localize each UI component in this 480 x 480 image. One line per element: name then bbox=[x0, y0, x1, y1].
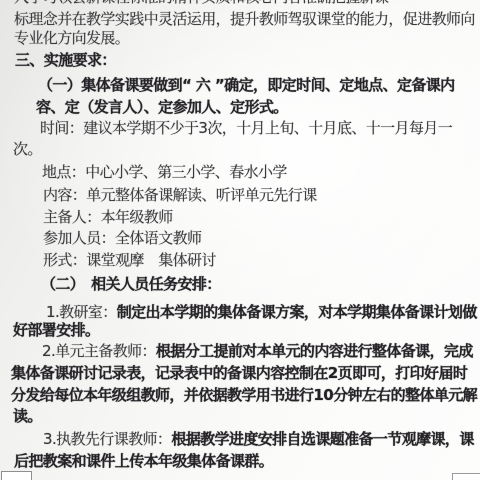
intro-line-1: 标理念并在教学实践中灵活运用，提升教师驾驭课堂的能力，促进教师向 bbox=[14, 9, 475, 29]
task-2-line-1: 2.单元主备教师：根据分工提前对本单元的内容进行整体备课，完成 bbox=[42, 341, 473, 361]
bold-text-segment: 读。 bbox=[13, 407, 42, 425]
task-3-line-2: 后把教案和课件上传本年级集体备课群。 bbox=[14, 451, 273, 471]
main-preparer-line: 主备人：本年级教师 bbox=[43, 207, 173, 227]
bottom-left-handle[interactable] bbox=[1, 471, 32, 480]
participants-line: 参加人员：全体语文教师 bbox=[43, 228, 201, 248]
task-2-line-2: 集体备课研讨记录表，记录表中的备课内容控制在2页即可，打印好届时 bbox=[11, 363, 467, 383]
intro-line-2: 专业化方向发展。 bbox=[14, 28, 129, 48]
bold-text-segment: 集体备课研讨记录表，记录表中的备课内容控制在2页即可，打印好届时 bbox=[11, 364, 467, 382]
task-1-line-1: 1.教研室：制定出本学期的集体备课方案，对本学期集体备课计划做 bbox=[46, 302, 477, 322]
text-segment: 1.教研室： bbox=[46, 303, 117, 321]
bold-text-segment: 根据教学进度安排自选课题准备一节观摩课，课 bbox=[171, 430, 473, 448]
bold-text-segment: （一）集体备课要做到“ 六 ”确定，即定时间、定地点、定备课内 bbox=[38, 76, 455, 94]
task-2-line-4: 读。 bbox=[13, 406, 42, 426]
text-segment: 2.单元主备教师： bbox=[42, 342, 156, 360]
text-segment: 次。 bbox=[13, 140, 42, 158]
text-segment: 标理念并在教学实践中灵活运用，提升教师驾驭课堂的能力，促进教师向 bbox=[14, 10, 475, 28]
bold-text-segment: 三、实施要求： bbox=[15, 51, 116, 69]
bold-text-segment: 好部署安排。 bbox=[13, 321, 99, 339]
text-segment: 入学习领会新课程标准的精神实质和核心内容准确把握新课 bbox=[14, 0, 388, 6]
place-line: 地点：中心小学、第三小学、春水小学 bbox=[42, 162, 287, 182]
time-line-2: 次。 bbox=[13, 139, 42, 159]
item-1-line-1: （一）集体备课要做到“ 六 ”确定，即定时间、定地点、定备课内 bbox=[38, 75, 455, 95]
bottom-right-handle[interactable] bbox=[452, 473, 480, 480]
bold-text-segment: 后把教案和课件上传本年级集体备课群。 bbox=[14, 452, 273, 470]
text-segment: 形式：课堂观摩 集体研讨 bbox=[43, 251, 216, 269]
bold-text-segment: 分发给每位本年级组教师，并依据教学用书进行10分钟左右的整体单元解 bbox=[11, 386, 477, 404]
bold-text-segment: （二） 相关人员任务安排： bbox=[41, 275, 221, 293]
text-segment: 主备人：本年级教师 bbox=[43, 208, 173, 226]
text-segment: 时间：建议本学期不少于3次，十月上旬、十月底、十一月每月一 bbox=[40, 119, 452, 137]
text-segment: 3.执教先行课教师： bbox=[43, 430, 171, 448]
document-page: 入学习领会新课程标准的精神实质和核心内容准确把握新课标理念并在教学实践中灵活运用… bbox=[0, 0, 480, 480]
item-1-line-2: 容、定（发言人）、定参加人、定形式。 bbox=[36, 97, 288, 117]
bold-text-segment: 根据分工提前对本单元的内容进行整体备课，完成 bbox=[156, 342, 473, 360]
content-line: 内容：单元整体备课解读、听评单元先行课 bbox=[43, 185, 317, 205]
task-3-line-1: 3.执教先行课教师：根据教学进度安排自选课题准备一节观摩课，课 bbox=[43, 429, 474, 449]
task-2-line-3: 分发给每位本年级组教师，并依据教学用书进行10分钟左右的整体单元解 bbox=[11, 385, 477, 405]
bold-text-segment: 容、定（发言人）、定参加人、定形式。 bbox=[36, 98, 288, 116]
bold-text-segment: 制定出本学期的集体备课方案，对本学期集体备课计划做 bbox=[117, 303, 477, 321]
item-2-heading: （二） 相关人员任务安排： bbox=[41, 274, 221, 294]
section-heading-3: 三、实施要求： bbox=[15, 50, 116, 70]
text-segment: 专业化方向发展。 bbox=[14, 29, 129, 47]
task-1-line-2: 好部署安排。 bbox=[13, 320, 99, 340]
top-clipped-line: 入学习领会新课程标准的精神实质和核心内容准确把握新课 bbox=[14, 0, 388, 7]
time-line-1: 时间：建议本学期不少于3次，十月上旬、十月底、十一月每月一 bbox=[40, 118, 452, 138]
text-segment: 参加人员：全体语文教师 bbox=[43, 229, 201, 247]
text-segment: 地点：中心小学、第三小学、春水小学 bbox=[42, 163, 287, 181]
text-segment: 内容：单元整体备课解读、听评单元先行课 bbox=[43, 186, 317, 204]
form-line: 形式：课堂观摩 集体研讨 bbox=[43, 250, 216, 270]
